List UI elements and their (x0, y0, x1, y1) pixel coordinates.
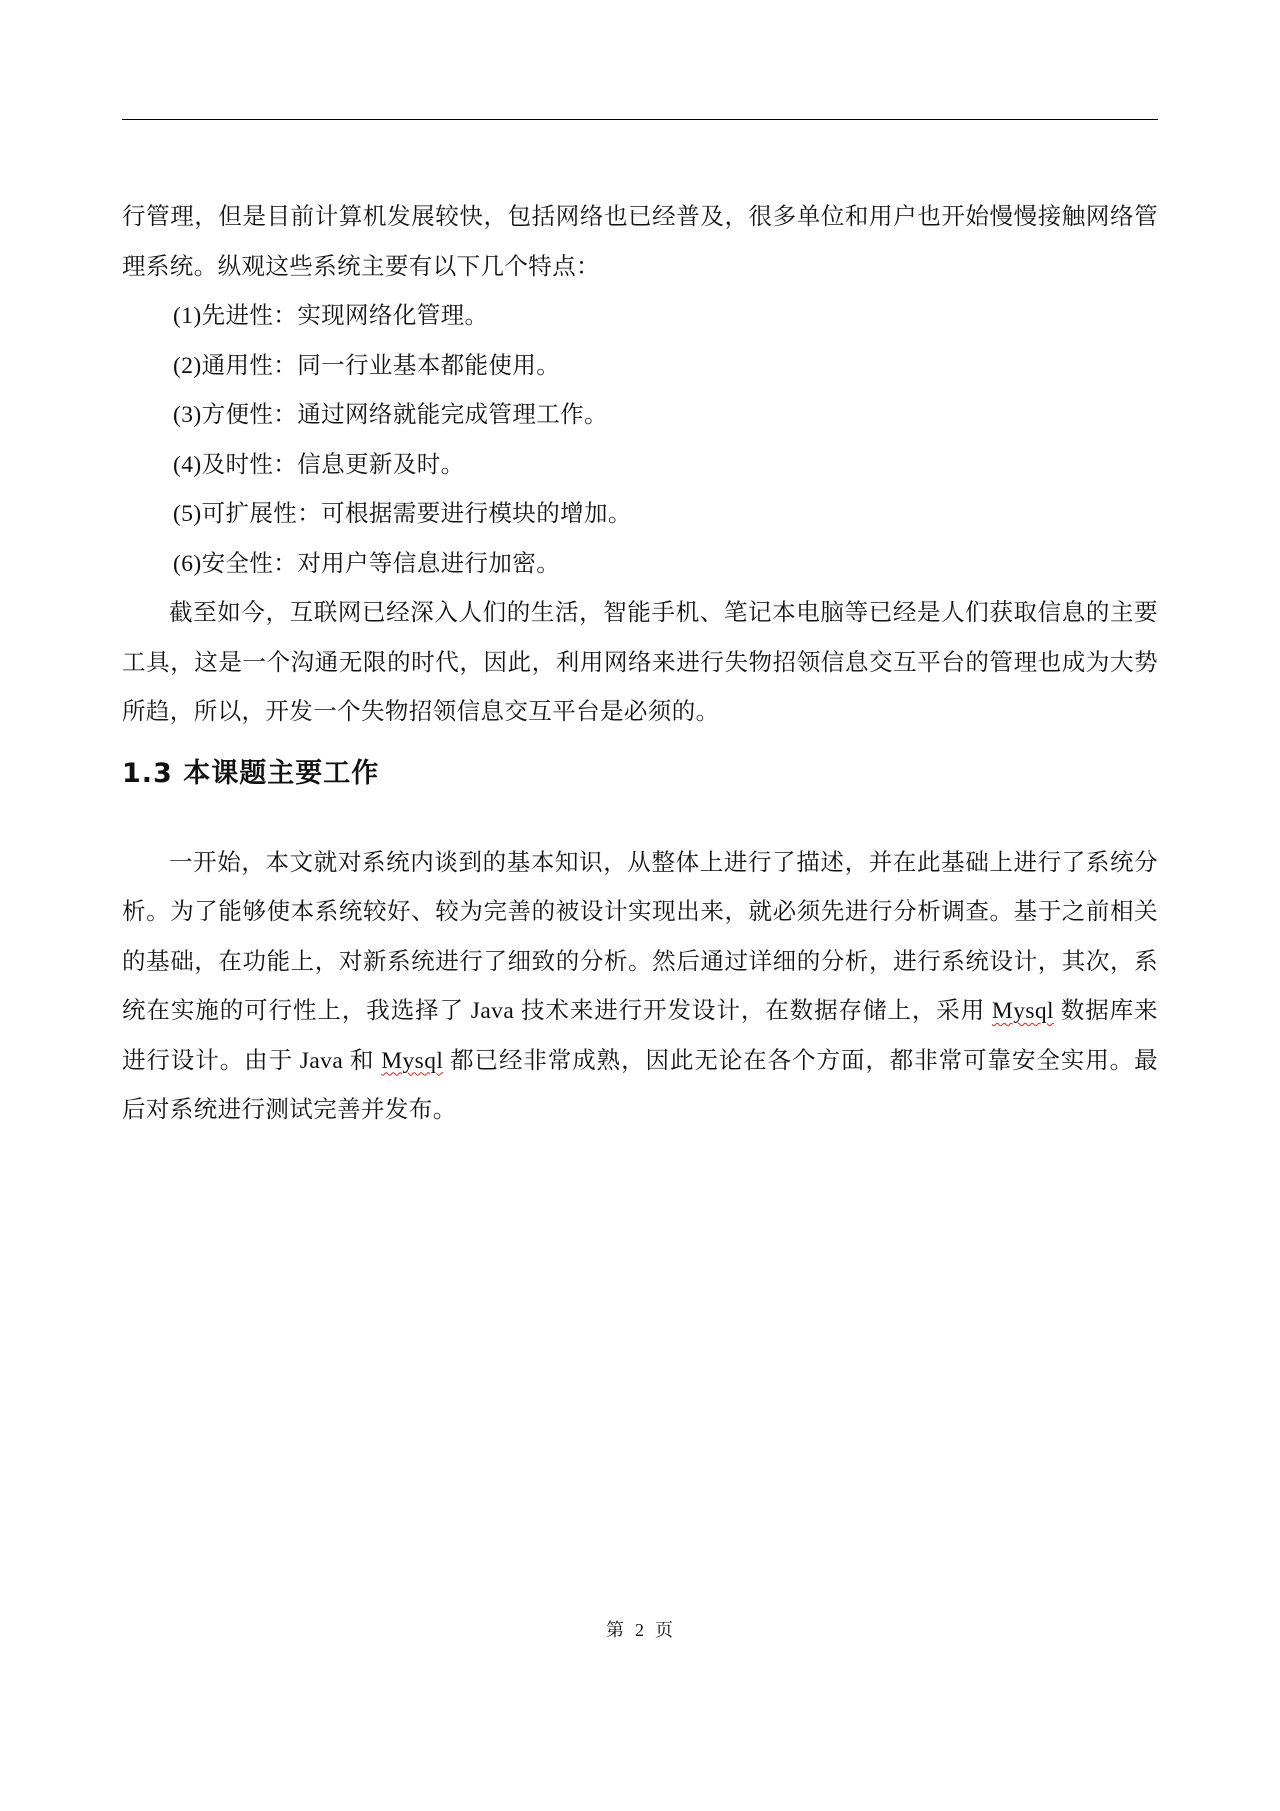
feature-text: 对用户等信息进行加密。 (297, 551, 560, 577)
page-number: 2 (635, 1620, 645, 1640)
page-footer: 第2页 (0, 1616, 1280, 1642)
intro-paragraph: 行管理，但是目前计算机发展较快，包括网络也已经普及，很多单位和用户也开始慢慢接触… (122, 193, 1158, 292)
feature-text: 可根据需要进行模块的增加。 (321, 501, 632, 527)
feature-item: (4)及时性：信息更新及时。 (122, 441, 1158, 491)
feature-item: (6)安全性：对用户等信息进行加密。 (122, 540, 1158, 590)
feature-list: (1)先进性：实现网络化管理。 (2)通用性：同一行业基本都能使用。 (3)方便… (122, 292, 1158, 589)
feature-text: 通过网络就能完成管理工作。 (297, 402, 608, 428)
document-page: 行管理，但是目前计算机发展较快，包括网络也已经普及，很多单位和用户也开始慢慢接触… (0, 0, 1280, 1811)
section-number: 1.3 (122, 758, 173, 789)
feature-number: (6) (173, 551, 202, 577)
feature-text: 信息更新及时。 (297, 452, 464, 478)
spellcheck-word: Mysql (381, 1048, 443, 1074)
feature-label: 通用性： (202, 353, 298, 379)
section-title: 本课题主要工作 (183, 758, 379, 789)
feature-number: (3) (173, 402, 202, 428)
feature-label: 先进性： (202, 303, 298, 329)
section-paragraph: 一开始，本文就对系统内谈到的基本知识，从整体上进行了描述，并在此基础上进行了系统… (122, 839, 1158, 1136)
feature-number: (4) (173, 452, 202, 478)
header-rule (122, 119, 1158, 120)
feature-label: 可扩展性： (202, 501, 322, 527)
feature-text: 实现网络化管理。 (297, 303, 488, 329)
page-content: 行管理，但是目前计算机发展较快，包括网络也已经普及，很多单位和用户也开始慢慢接触… (122, 193, 1158, 1136)
feature-number: (5) (173, 501, 202, 527)
feature-label: 及时性： (202, 452, 298, 478)
feature-number: (2) (173, 353, 202, 379)
footer-suffix: 页 (655, 1620, 674, 1640)
summary-paragraph: 截至如今，互联网已经深入人们的生活，智能手机、笔记本电脑等已经是人们获取信息的主… (122, 589, 1158, 738)
feature-number: (1) (173, 303, 202, 329)
feature-item: (3)方便性：通过网络就能完成管理工作。 (122, 391, 1158, 441)
footer-prefix: 第 (606, 1620, 625, 1640)
feature-item: (5)可扩展性：可根据需要进行模块的增加。 (122, 490, 1158, 540)
feature-label: 安全性： (202, 551, 298, 577)
feature-item: (2)通用性：同一行业基本都能使用。 (122, 342, 1158, 392)
feature-item: (1)先进性：实现网络化管理。 (122, 292, 1158, 342)
spellcheck-word: Mysql (992, 998, 1054, 1024)
feature-text: 同一行业基本都能使用。 (297, 353, 560, 379)
section-heading: 1.3 本课题主要工作 (122, 748, 1158, 800)
feature-label: 方便性： (202, 402, 298, 428)
